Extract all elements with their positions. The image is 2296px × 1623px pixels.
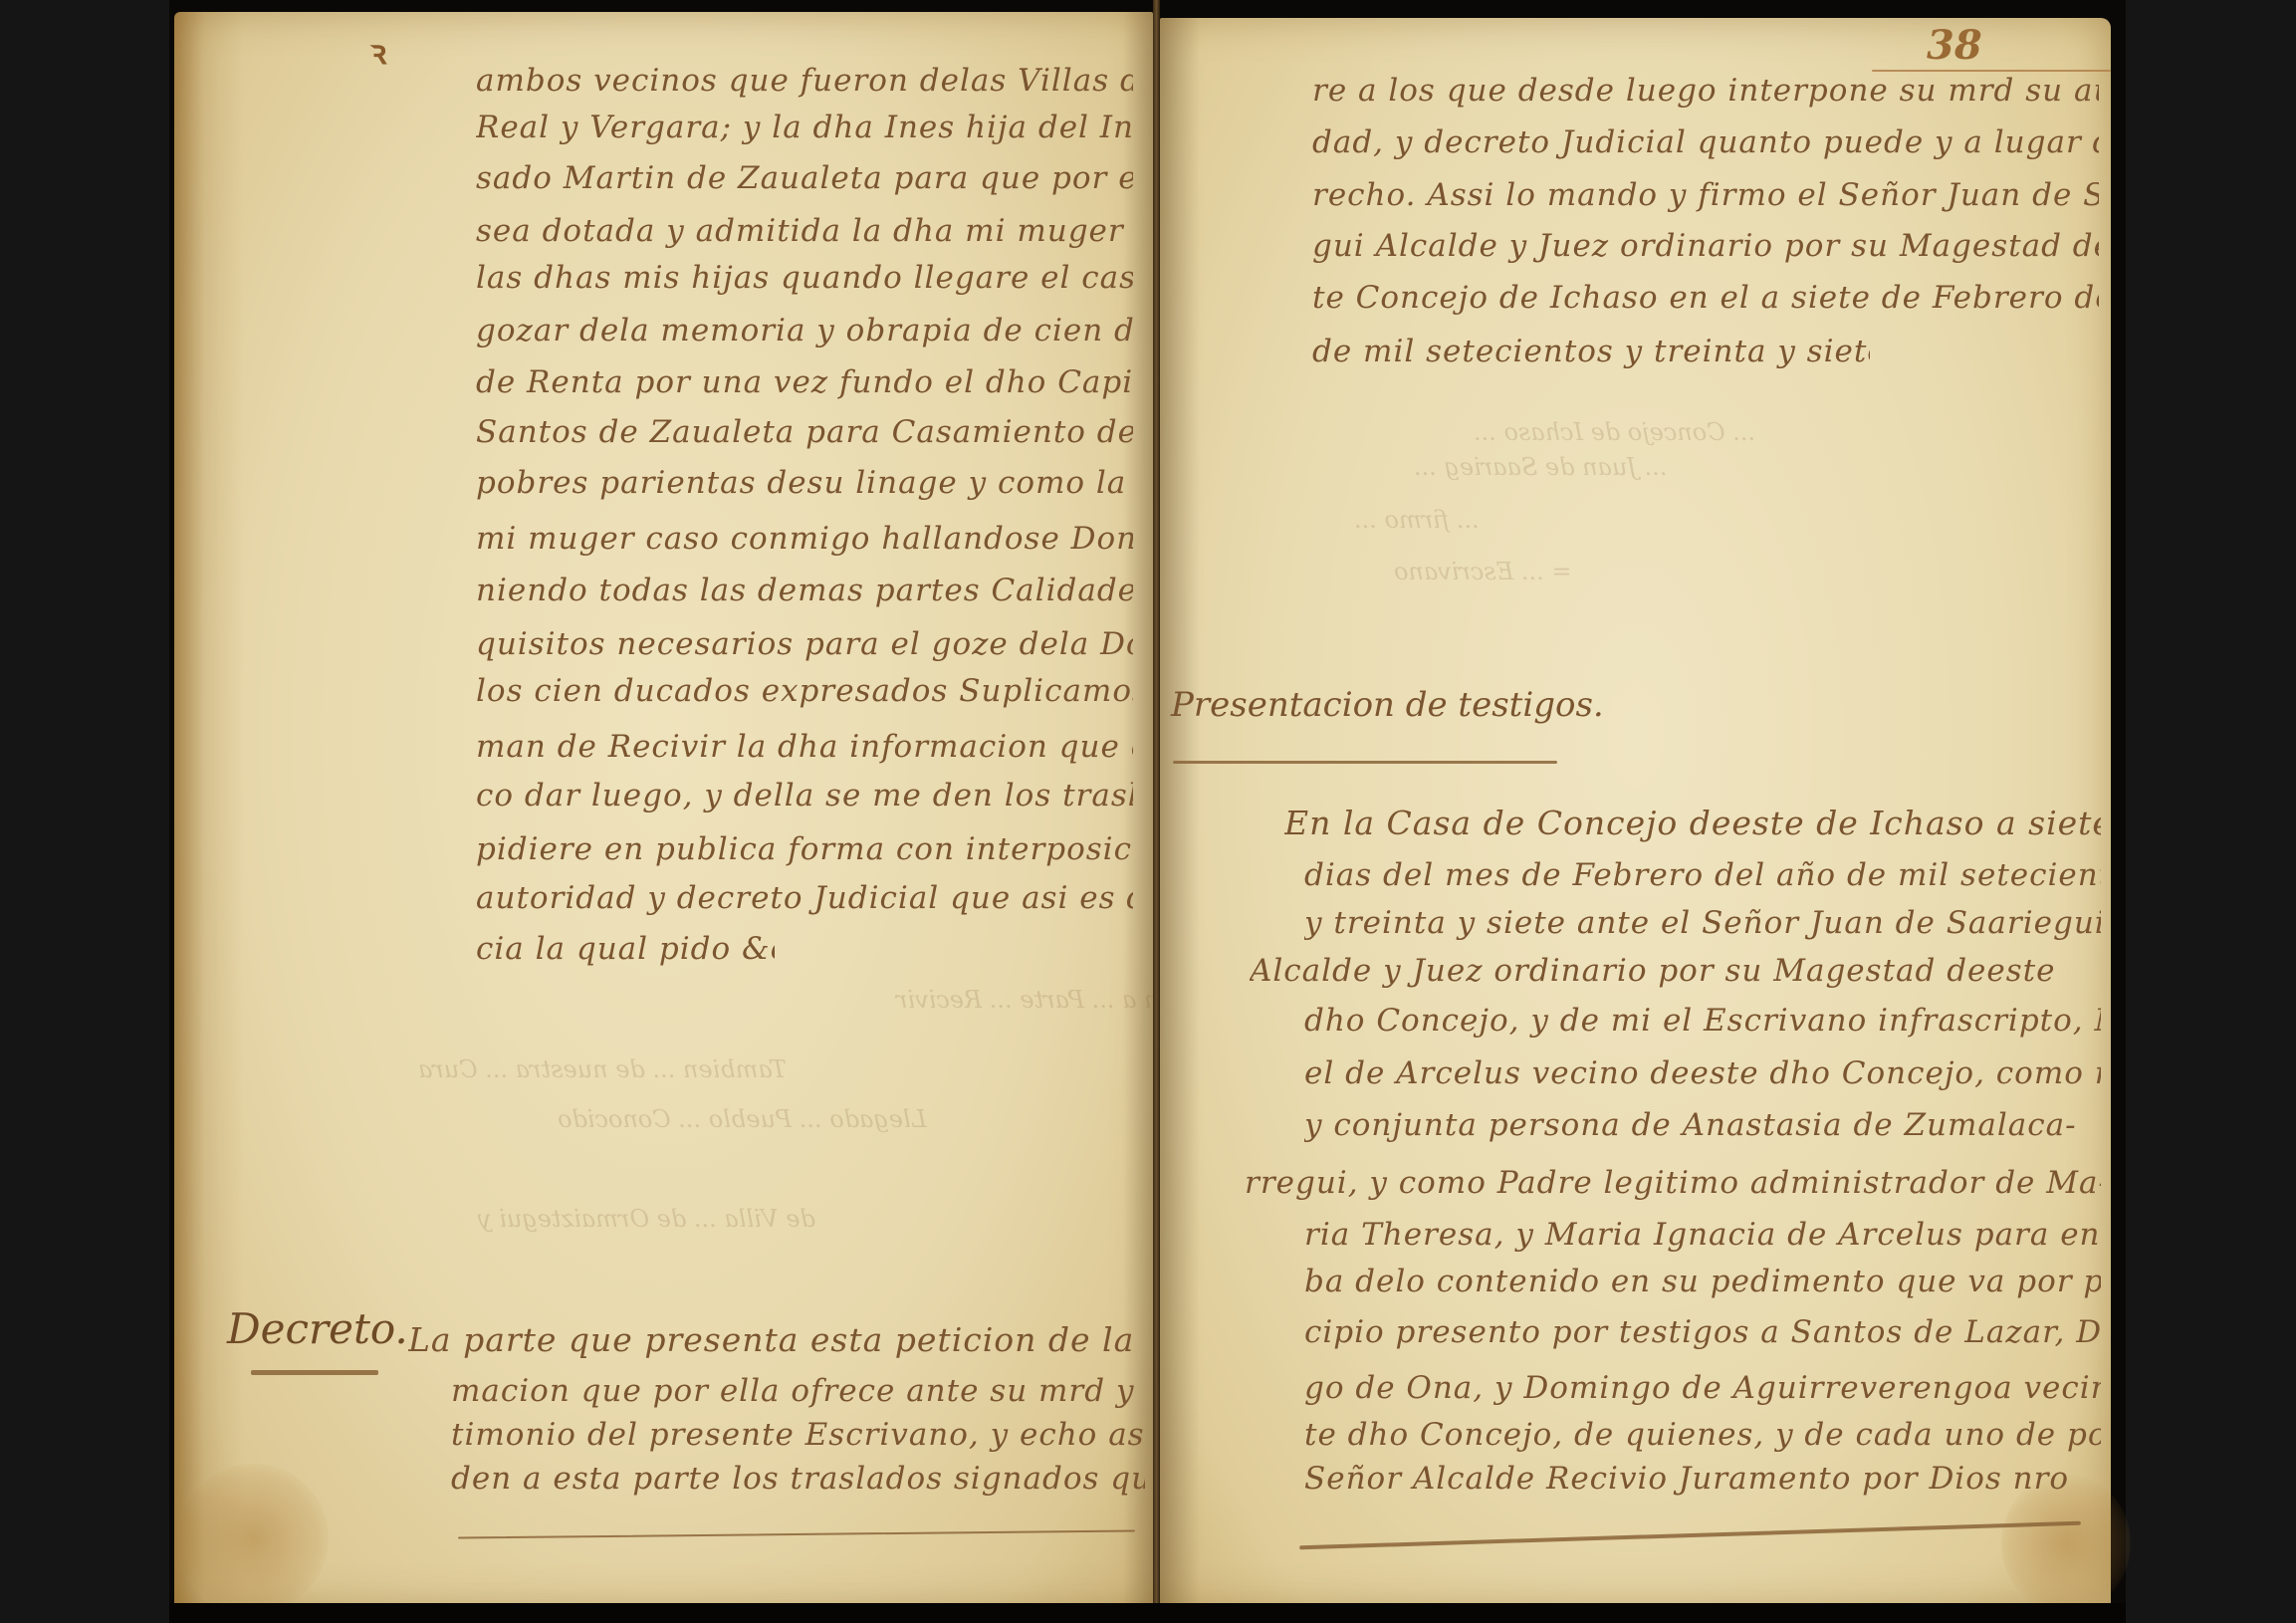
text-line: los cien ducados expresados Suplicamos a… [476,671,1133,711]
text-line: Real y Vergara; y la dha Ines hija del I… [476,108,1133,147]
bleed-through-text: Con a ... Parte ... Recivir [896,986,1192,1014]
bleed-through-text: ... Juan de Saarieg ... [1414,453,1667,481]
text-line: den a esta parte los traslados signados … [451,1459,1145,1499]
text-line: Santos de Zaualeta para Casamiento de Do… [476,412,1133,452]
text-line: niendo todas las demas partes Calidades … [476,571,1133,610]
decree-label-underline [251,1370,378,1375]
text-line: co dar luego, y della se me den los tras… [476,776,1133,815]
text-line: dad, y decreto Judicial quanto puede y a… [1312,122,2099,162]
bleed-through-text: = ... Escrivano [1394,558,1571,585]
text-line: gozar dela memoria y obrapia de cien duc… [476,311,1133,350]
text-line: man de Recivir la dha informacion que of… [476,727,1133,767]
document-viewer: ꝛ Con a ... Parte ... Recivir Tambien ..… [0,0,2296,1623]
book-spine [1153,0,1160,1623]
text-line: ambos vecinos que fueron delas Villas de… [476,61,1133,101]
text-line: re a los que desde luego interpone su mr… [1312,71,2099,111]
text-line: ria Theresa, y Maria Ignacia de Arcelus … [1304,1215,2101,1255]
text-line: ba delo contenido en su pedimento que va… [1304,1262,2101,1301]
bleed-through-text: ... firmo ... [1354,506,1480,534]
folio-number: 38 [1927,22,1982,69]
text-line: macion que por ella ofrece ante su mrd y… [451,1371,1145,1411]
text-line: Señor Alcalde Recivio Juramento por Dios… [1304,1459,2101,1499]
text-line: dias del mes de Febrero del año de mil s… [1304,855,2101,895]
text-line: mi muger caso conmigo hallandose Donzell… [476,519,1133,559]
bleed-through-text: Tambien ... de nuestra ... Cura [418,1055,787,1083]
water-stain [179,1464,329,1613]
section-heading: Presentacion de testigos. [1171,685,1604,725]
heading-rule [1173,761,1557,764]
bleed-through-text: ... Concejo de Ichaso ... [1474,418,1755,446]
text-line: pidiere en publica forma con interposici… [476,829,1133,869]
text-line: La parte que presenta esta peticion de l… [408,1320,1145,1360]
text-line: de mil setecientos y treinta y siete= [1312,332,1870,371]
text-line: pobres parientas desu linage y como la r… [476,463,1133,503]
text-line: Alcalde y Juez ordinario por su Magestad… [1250,951,2101,991]
bleed-through-text: de Villa ... de Ormaiztegui y [478,1205,815,1233]
text-line: cia la qual pido &ca= [476,929,775,969]
text-line: quisitos necesarios para el goze dela Do… [476,624,1133,664]
text-line: timonio del presente Escrivano, y echo a… [451,1415,1145,1455]
book-bottom-edge [169,1603,2126,1623]
text-line: go de Ona, y Domingo de Aguirreverengoa … [1304,1368,2101,1408]
text-line: las dhas mis hijas quando llegare el cas… [476,258,1133,298]
text-line: sea dotada y admitida la dha mi muger y [476,211,1133,251]
text-line: y treinta y siete ante el Señor Juan de … [1304,903,2101,943]
text-line: rregui, y como Padre legitimo administra… [1245,1163,2101,1203]
text-line: En la Casa de Concejo deeste de Ichaso a… [1284,804,2101,843]
text-line: recho. Assi lo mando y firmo el Señor Ju… [1312,175,2099,215]
text-line: gui Alcalde y Juez ordinario por su Mage… [1312,226,2099,266]
text-line: de Renta por una vez fundo el dho Capita… [476,362,1133,402]
bleed-through-text: Llegado ... Pueblo ... Conocido [558,1105,927,1133]
corner-mark: ꝛ [370,28,386,74]
text-line: autoridad y decreto Judicial que asi es … [476,878,1133,918]
text-line: te Concejo de Ichaso en el a siete de Fe… [1312,278,2099,318]
text-line: sado Martin de Zaualeta para que por est… [476,158,1133,198]
text-line: y conjunta persona de Anastasia de Zumal… [1304,1105,2101,1145]
text-line: cipio presento por testigos a Santos de … [1304,1312,2101,1352]
text-line: el de Arcelus vecino deeste dho Concejo,… [1304,1053,2101,1093]
text-line: dho Concejo, y de mi el Escrivano infras… [1304,1001,2101,1041]
text-line: te dho Concejo, de quienes, y de cada un… [1304,1415,2101,1455]
decree-margin-label: Decreto. [227,1304,408,1353]
